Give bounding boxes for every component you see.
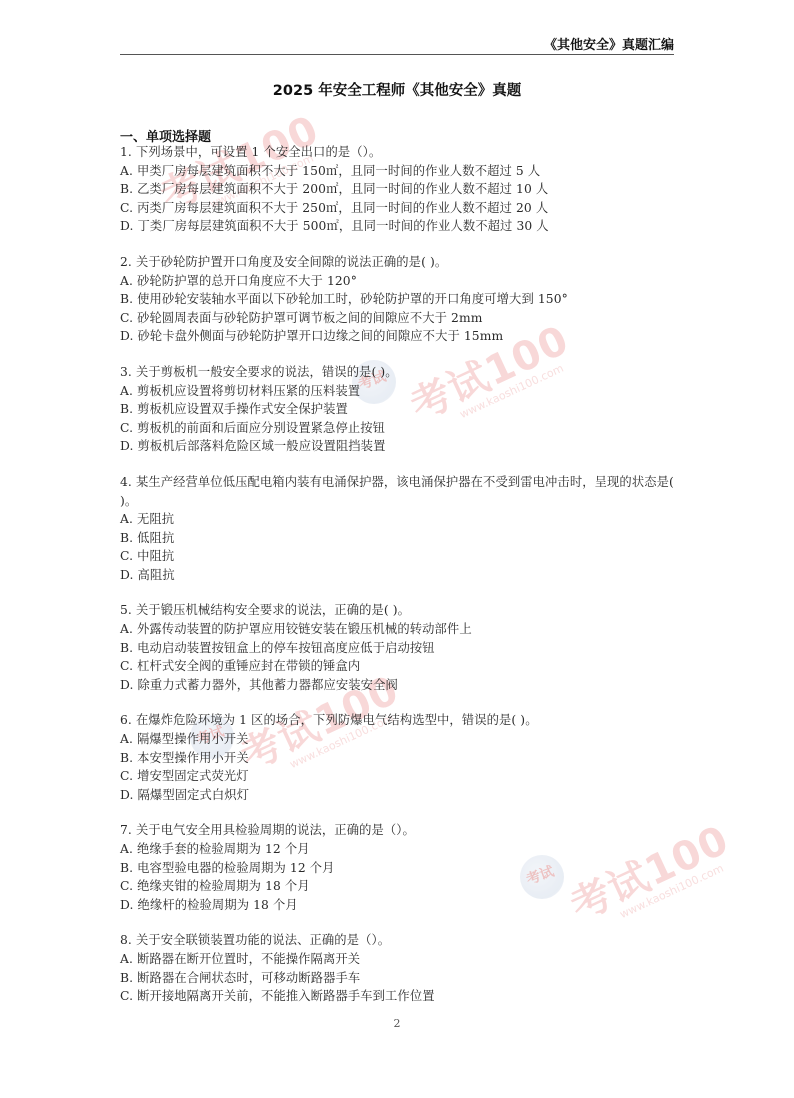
option-a: A. 砂轮防护罩的总开口角度应不大于 120° [120,272,690,291]
option-d: D. 剪板机后部落料危险区域一般应设置阻挡装置 [120,437,690,456]
option-d: D. 隔爆型固定式白炽灯 [120,786,690,805]
option-d: D. 绝缘杆的检验周期为 18 个月 [120,896,690,915]
option-a: A. 断路器在断开位置时，不能操作隔离开关 [120,950,690,969]
document-title: 2025 年安全工程师《其他安全》真题 [0,79,794,100]
running-title: 《其他安全》真题汇编 [544,34,674,53]
option-a: A. 外露传动装置的防护罩应用铰链安装在锻压机械的转动部件上 [120,620,690,639]
option-d: D. 除重力式蓄力器外，其他蓄力器都应安装安全阀 [120,676,690,695]
question-stem: 7. 关于电气安全用具检验周期的说法，正确的是（）。 [120,821,690,840]
question-8: 8. 关于安全联锁装置功能的说法、正确的是（）。 A. 断路器在断开位置时，不能… [120,931,690,1005]
option-a: A. 绝缘手套的检验周期为 12 个月 [120,840,690,859]
option-c: C. 剪板机的前面和后面应分别设置紧急停止按钮 [120,419,690,438]
question-2: 2. 关于砂轮防护置开口角度及安全间隙的说法正确的是( )。 A. 砂轮防护罩的… [120,253,690,346]
question-6: 6. 在爆炸危险环境为 1 区的场合，下列防爆电气结构选型中，错误的是( )。 … [120,711,690,804]
option-c: C. 绝缘夹钳的检验周期为 18 个月 [120,877,690,896]
question-5: 5. 关于锻压机械结构安全要求的说法，正确的是( )。 A. 外露传动装置的防护… [120,601,690,694]
option-c: C. 丙类厂房每层建筑面积不大于 250㎡，且同一时间的作业人数不超过 20 人 [120,199,690,218]
option-b: B. 低阻抗 [120,529,690,548]
question-4: 4. 某生产经营单位低压配电箱内装有电涌保护器，该电涌保护器在不受到雷电冲击时，… [120,473,690,585]
option-d: D. 砂轮卡盘外侧面与砂轮防护罩开口边缘之间的间隙应不大于 15mm [120,327,690,346]
option-b: B. 使用砂轮安装轴水平面以下砂轮加工时，砂轮防护罩的开口角度可增大到 150° [120,290,690,309]
question-stem: 3. 关于剪板机一般安全要求的说法，错误的是( )。 [120,363,690,382]
question-stem: 1. 下列场景中，可设置 1 个安全出口的是（）。 [120,143,690,162]
question-list: 1. 下列场景中，可设置 1 个安全出口的是（）。 A. 甲类厂房每层建筑面积不… [120,143,690,1023]
question-3: 3. 关于剪板机一般安全要求的说法，错误的是( )。 A. 剪板机应设置将剪切材… [120,363,690,456]
question-stem: 8. 关于安全联锁装置功能的说法、正确的是（）。 [120,931,690,950]
option-a: A. 甲类厂房每层建筑面积不大于 150㎡，且同一时间的作业人数不超过 5 人 [120,162,690,181]
question-7: 7. 关于电气安全用具检验周期的说法，正确的是（）。 A. 绝缘手套的检验周期为… [120,821,690,914]
option-b: B. 剪板机应设置双手操作式安全保护装置 [120,400,690,419]
option-a: A. 隔爆型操作用小开关 [120,730,690,749]
option-c: C. 砂轮圆周表面与砂轮防护罩可调节板之间的间隙应不大于 2mm [120,309,690,328]
question-stem: 2. 关于砂轮防护置开口角度及安全间隙的说法正确的是( )。 [120,253,690,272]
option-c: C. 增安型固定式荧光灯 [120,767,690,786]
question-stem: 4. 某生产经营单位低压配电箱内装有电涌保护器，该电涌保护器在不受到雷电冲击时，… [120,473,680,510]
option-b: B. 本安型操作用小开关 [120,749,690,768]
page-number: 2 [0,1017,794,1030]
option-d: D. 丁类厂房每层建筑面积不大于 500㎡，且同一时间的作业人数不超过 30 人 [120,217,690,236]
option-c: C. 中阻抗 [120,547,690,566]
option-c: C. 断开接地隔离开关前，不能推入断路器手车到工作位置 [120,987,690,1006]
question-stem: 5. 关于锻压机械结构安全要求的说法，正确的是( )。 [120,601,690,620]
question-stem: 6. 在爆炸危险环境为 1 区的场合，下列防爆电气结构选型中，错误的是( )。 [120,711,690,730]
option-c: C. 杠杆式安全阀的重锤应封在带锁的锤盒内 [120,657,690,676]
option-a: A. 剪板机应设置将剪切材料压紧的压料装置 [120,382,690,401]
question-1: 1. 下列场景中，可设置 1 个安全出口的是（）。 A. 甲类厂房每层建筑面积不… [120,143,690,236]
option-b: B. 乙类厂房每层建筑面积不大于 200㎡，且同一时间的作业人数不超过 10 人 [120,180,690,199]
option-d: D. 高阻抗 [120,566,690,585]
option-b: B. 电动启动装置按钮盒上的停车按钮高度应低于启动按钮 [120,639,690,658]
page-header: 《其他安全》真题汇编 [120,32,674,55]
option-a: A. 无阻抗 [120,510,690,529]
option-b: B. 断路器在合闸状态时，可移动断路器手车 [120,969,690,988]
option-b: B. 电容型验电器的检验周期为 12 个月 [120,859,690,878]
